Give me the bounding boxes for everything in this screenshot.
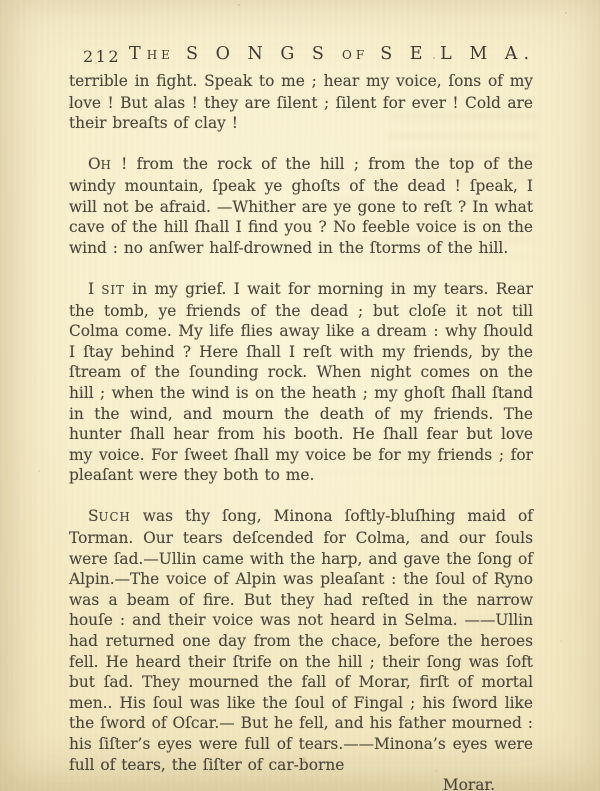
paragraph-3-lead-smallcaps: SIT xyxy=(94,283,125,297)
paragraph-3: I SIT in my grief. I wait for morning in… xyxy=(69,279,533,486)
title-word-of: OF xyxy=(342,48,368,62)
paragraph-2-lead: O xyxy=(88,155,101,173)
paragraph-1-text: terrible in fight. Speak to me ; hear my… xyxy=(69,72,533,132)
page-text-block: terrible in fight. Speak to me ; hear my… xyxy=(69,71,533,791)
paragraph-1: terrible in fight. Speak to me ; hear my… xyxy=(69,71,533,134)
paper-speckles xyxy=(0,0,2,2)
paragraph-4-text: was thy ſong, Minona ſoftly-bluſhing mai… xyxy=(69,507,533,773)
catchword: Morar. xyxy=(69,775,533,791)
paragraph-2-lead-smallcaps: H xyxy=(101,158,112,172)
paragraph-4-lead-smallcaps: UCH xyxy=(99,510,131,524)
running-head: 212 THE S O N G S OF S E L M A. xyxy=(69,44,533,68)
title-word-the-initial: T xyxy=(129,44,147,64)
book-page-scan: 212 THE S O N G S OF S E L M A. terrible… xyxy=(0,0,600,791)
paragraph-2: OH ! from the rock of the hill ; from th… xyxy=(69,154,533,258)
title-word-selma: S E L M A. xyxy=(380,44,535,64)
title-word-the-smallcaps: HE xyxy=(147,48,174,62)
paragraph-3-text: in my grief. I wait for morning in my te… xyxy=(69,280,533,484)
title-word-songs: S O N G S xyxy=(186,44,330,64)
paragraph-4: SUCH was thy ſong, Minona ſoftly-bluſhin… xyxy=(69,506,533,775)
page-title: THE S O N G S OF S E L M A. xyxy=(129,44,503,64)
paragraph-2-text: ! from the rock of the hill ; from the t… xyxy=(69,155,533,256)
paragraph-4-lead: S xyxy=(88,507,99,525)
page-number: 212 xyxy=(83,47,121,66)
